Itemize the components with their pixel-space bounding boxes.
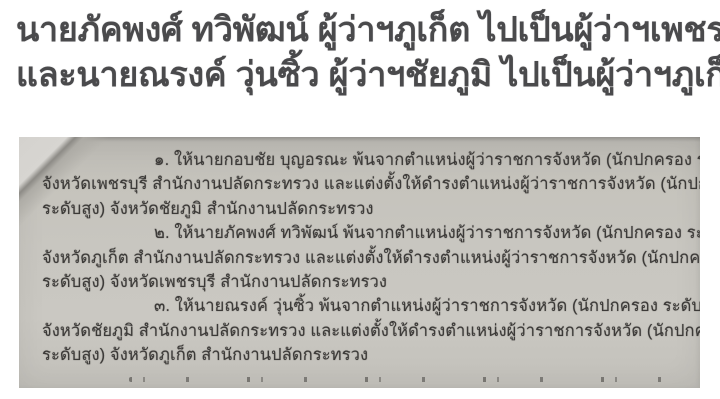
headline: นายภัคพงศ์ ทวิพัฒน์ ผู้ว่าฯภูเก็ต ไปเป็น…	[16, 8, 712, 98]
order-item-1-line-3: ระดับสูง) จังหวัดชัยภูมิ สำนักงานปลัดกระ…	[42, 197, 688, 221]
news-graphic: นายภัคพงศ์ ทวิพัฒน์ ผู้ว่าฯภูเก็ต ไปเป็น…	[0, 0, 720, 399]
cropped-text-line	[129, 377, 689, 382]
document-text-block: ๑. ให้นายกอบชัย บุญอรณะ พ้นจากตำแหน่งผู้…	[42, 148, 688, 368]
order-item-3-line-1: ๓. ให้นายณรงค์ วุ่นซิ้ว พ้นจากตำแหน่งผู้…	[42, 294, 688, 318]
order-item-1-line-2: จังหวัดเพชรบุรี สำนักงานปลัดกระทรวง และแ…	[42, 172, 688, 196]
headline-line-2: และนายณรงค์ วุ่นซิ้ว ผู้ว่าฯชัยภูมิ ไปเป…	[16, 53, 712, 98]
order-item-2-line-1: ๒. ให้นายภัคพงศ์ ทวิพัฒน์ พ้นจากตำแหน่งผ…	[42, 221, 688, 245]
headline-line-1: นายภัคพงศ์ ทวิพัฒน์ ผู้ว่าฯภูเก็ต ไปเป็น…	[16, 8, 712, 53]
order-item-3-line-2: จังหวัดชัยภูมิ สำนักงานปลัดกระทรวง และแต…	[42, 319, 688, 343]
order-item-2-line-3: ระดับสูง) จังหวัดเพชรบุรี สำนักงานปลัดกร…	[42, 270, 688, 294]
order-item-3-line-3: ระดับสูง) จังหวัดภูเก็ต สำนักงานปลัดกระท…	[42, 343, 688, 367]
order-item-2-line-2: จังหวัดภูเก็ต สำนักงานปลัดกระทรวง และแต่…	[42, 246, 688, 270]
order-item-1-line-1: ๑. ให้นายกอบชัย บุญอรณะ พ้นจากตำแหน่งผู้…	[42, 148, 688, 172]
document-photo: ๑. ให้นายกอบชัย บุญอรณะ พ้นจากตำแหน่งผู้…	[19, 137, 700, 388]
